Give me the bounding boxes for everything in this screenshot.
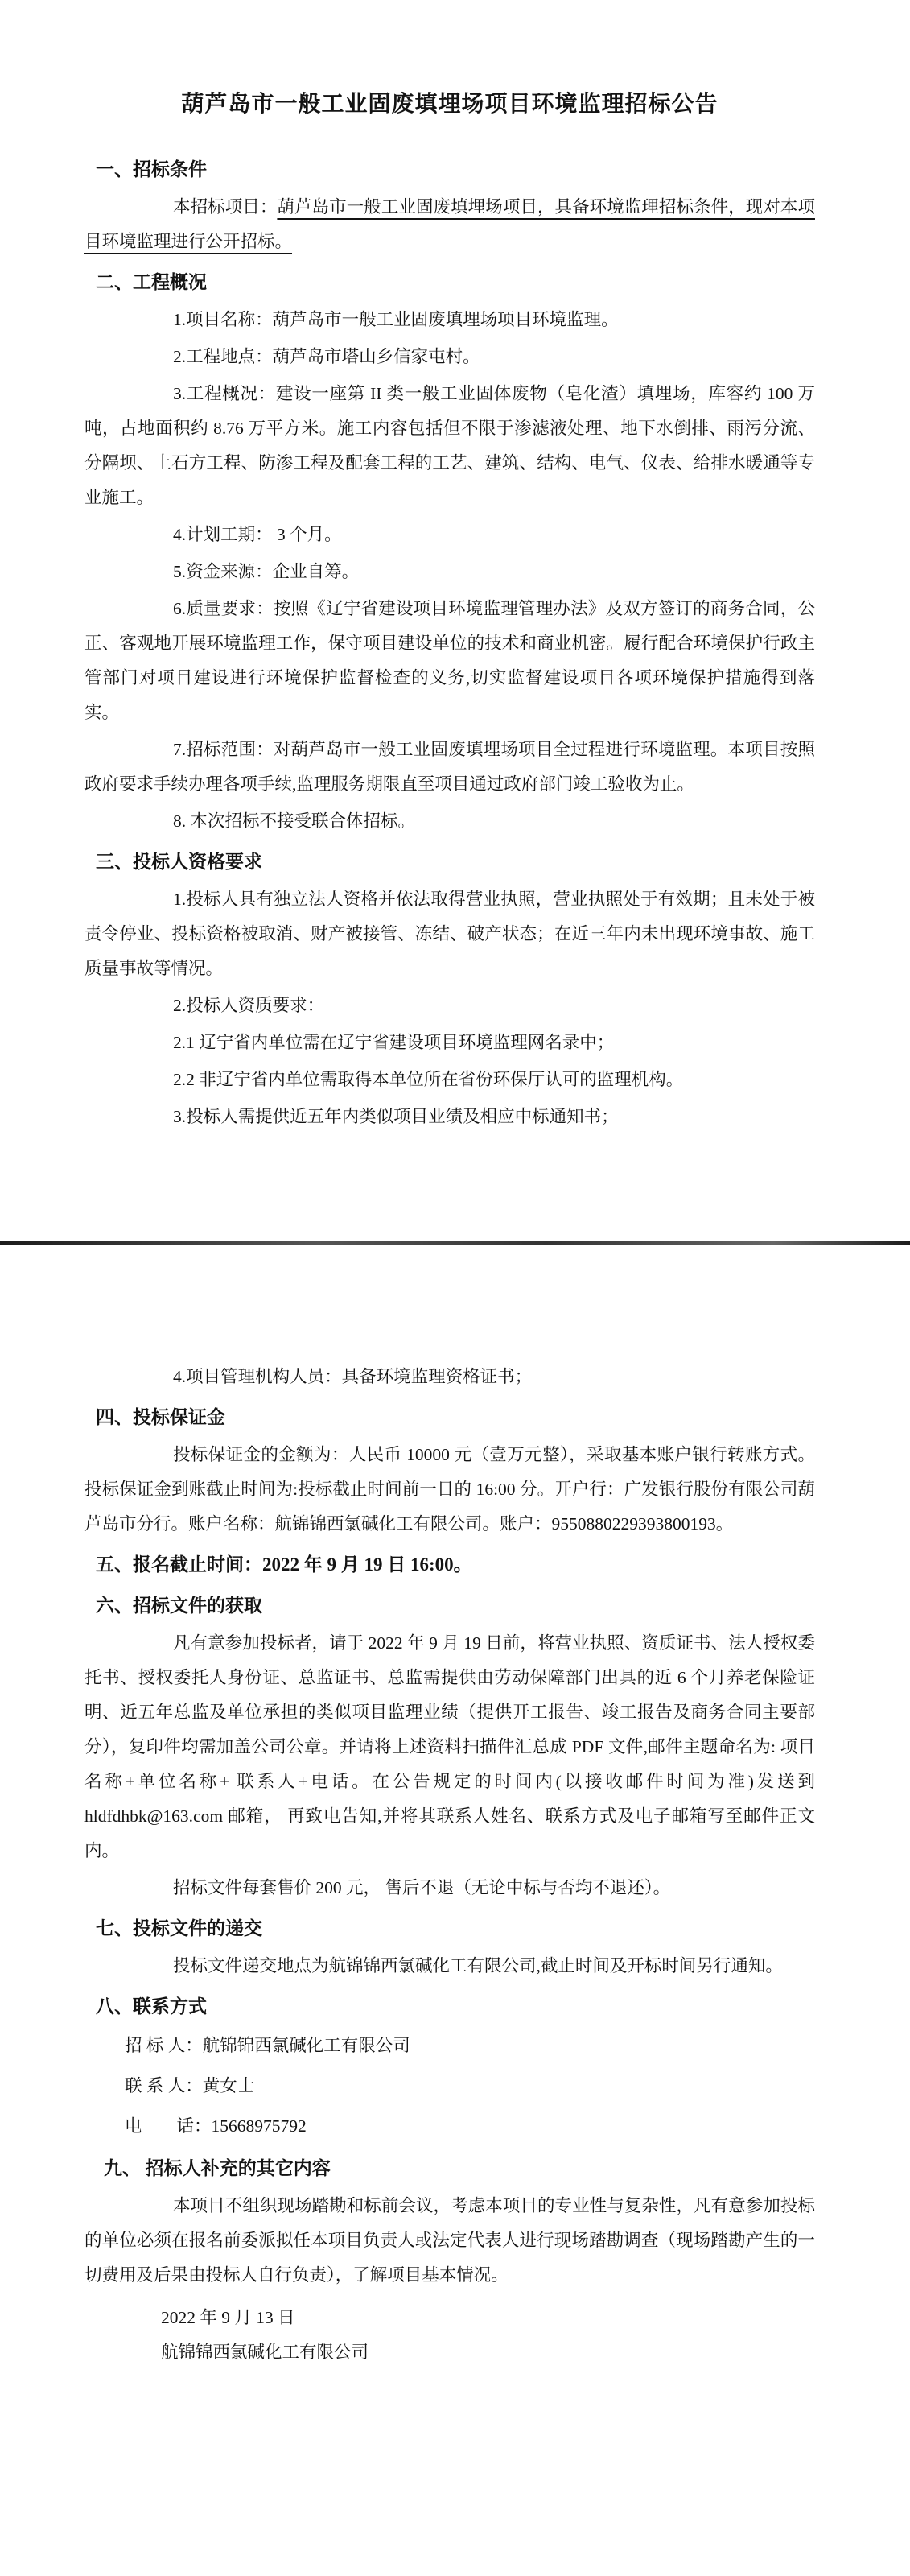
document-price-paragraph: 招标文件每套售价 200 元， 售后不退（无论中标与否均不退还）。	[84, 1871, 815, 1905]
project-overview-item: 3.工程概况：建设一座第 II 类一般工业固体废物（皂化渣）填埋场，库容约 10…	[84, 377, 815, 515]
section-9-heading: 九、 招标人补充的其它内容	[84, 2150, 815, 2186]
project-location-item: 2.工程地点：葫芦岛市塔山乡信家屯村。	[84, 340, 815, 374]
doc-title: 葫芦岛市一般工业固废填埋场项目环境监理招标公告	[84, 85, 815, 122]
document-acquisition-paragraph: 凡有意参加投标者，请于 2022 年 9 月 19 日前，将营业执照、资质证书、…	[84, 1626, 815, 1868]
bidder-qualification-item-3: 3.投标人需提供近五年内类似项目业绩及相应中标通知书；	[84, 1100, 815, 1134]
planned-duration-item: 4.计划工期： 3 个月。	[84, 518, 815, 552]
quality-requirement-item: 6.质量要求：按照《辽宁省建设项目环境监理管理办法》及双方签订的商务合同，公正、…	[84, 592, 815, 730]
document-page: 葫芦岛市一般工业固废填埋场项目环境监理招标公告 一、招标条件 本招标项目：葫芦岛…	[0, 0, 910, 2576]
section-8-heading: 八、联系方式	[84, 1988, 815, 2025]
no-consortium-item: 8. 本次招标不接受联合体招标。	[84, 804, 815, 839]
phone-line: 电 话：15668975792	[84, 2107, 815, 2145]
section-7-heading: 七、投标文件的递交	[84, 1910, 815, 1946]
section-4-heading: 四、投标保证金	[84, 1399, 815, 1435]
signature-date: 2022 年 9 月 13 日	[161, 2301, 891, 2335]
bidder-qualification-item-2-2: 2.2 非辽宁省内单位需取得本单位所在省份环保厅认可的监理机构。	[84, 1063, 815, 1097]
section-1-heading: 一、招标条件	[84, 151, 815, 188]
section-2-heading: 二、工程概况	[84, 264, 815, 300]
tenderer-line: 招 标 人：航锦锦西氯碱化工有限公司	[84, 2026, 815, 2065]
page-break-divider	[0, 1241, 910, 1245]
signature-company: 航锦锦西氯碱化工有限公司	[161, 2335, 891, 2370]
bidder-qualification-item-1: 1.投标人具有独立法人资格并依法取得营业执照，营业执照处于有效期；且未处于被责令…	[84, 882, 815, 986]
tender-condition-paragraph: 本招标项目：葫芦岛市一般工业固废填埋场项目，具备环境监理招标条件，现对本项目环境…	[84, 190, 815, 259]
bid-submission-paragraph: 投标文件递交地点为航锦锦西氯碱化工有限公司,截止时间及开标时间另行通知。	[84, 1949, 815, 1984]
project-name-item: 1.项目名称：葫芦岛市一般工业固废填埋场项目环境监理。	[84, 303, 815, 337]
section-3-heading: 三、投标人资格要求	[84, 844, 815, 880]
tender-condition-prefix: 本招标项目：	[173, 197, 277, 217]
bidder-qualification-item-2: 2.投标人资质要求：	[84, 989, 815, 1023]
section-5-heading: 五、报名截止时间：2022 年 9 月 19 日 16:00。	[84, 1546, 815, 1583]
bidder-qualification-item-4: 4.项目管理机构人员：具备环境监理资格证书；	[84, 1360, 815, 1394]
bid-bond-paragraph: 投标保证金的金额为：人民币 10000 元（壹万元整），采取基本账户银行转账方式…	[84, 1438, 815, 1542]
tender-scope-item: 7.招标范围：对葫芦岛市一般工业固废填埋场项目全过程进行环境监理。本项目按照政府…	[84, 733, 815, 802]
supplementary-content-paragraph: 本项目不组织现场踏勘和标前会议，考虑本项目的专业性与复杂性，凡有意参加投标的单位…	[84, 2189, 815, 2293]
funding-source-item: 5.资金来源：企业自筹。	[84, 555, 815, 589]
section-6-heading: 六、招标文件的获取	[84, 1587, 815, 1624]
signature-block: 2022 年 9 月 13 日 航锦锦西氯碱化工有限公司	[161, 2301, 891, 2370]
contact-person-line: 联 系 人：黄女士	[84, 2066, 815, 2105]
bidder-qualification-item-2-1: 2.1 辽宁省内单位需在辽宁省建设项目环境监理网名录中；	[84, 1026, 815, 1060]
